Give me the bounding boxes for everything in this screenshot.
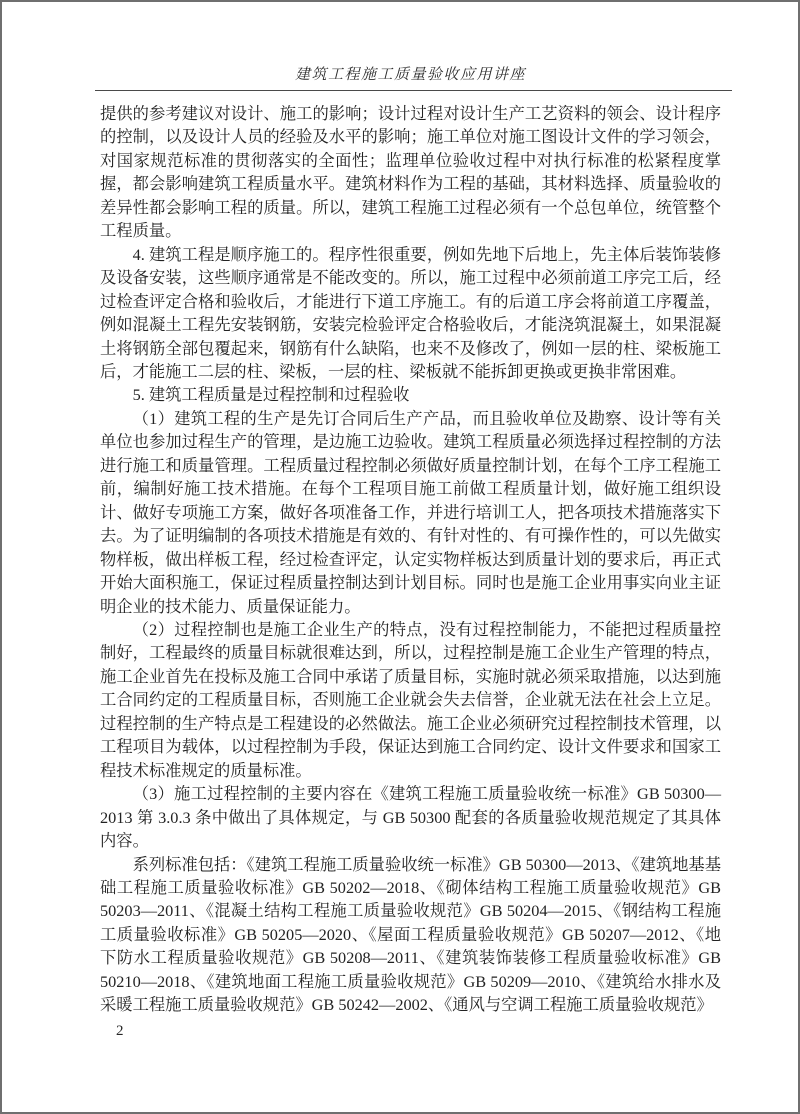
document-page: 建筑工程施工质量验收应用讲座 提供的参考建议对设计、施工的影响；设计过程对设计生… bbox=[0, 0, 800, 1114]
paragraph: 提供的参考建议对设计、施工的影响；设计过程对设计生产工艺资料的领会、设计程序的控… bbox=[100, 102, 721, 243]
page-number: 2 bbox=[116, 1023, 124, 1040]
paragraph: （3）施工过程控制的主要内容在《建筑工程施工质量验收统一标准》GB 50300—… bbox=[100, 782, 721, 852]
running-header-title: 建筑工程施工质量验收应用讲座 bbox=[100, 63, 721, 84]
paragraph: 5. 建筑工程质量是过程控制和过程验收 bbox=[100, 383, 721, 406]
paragraph: 系列标准包括：《建筑工程施工质量验收统一标准》GB 50300—2013、《建筑… bbox=[100, 853, 721, 1017]
paragraph: （2）过程控制也是施工企业生产的特点，没有过程控制能力，不能把过程质量控制好，工… bbox=[100, 618, 721, 782]
paragraph: （1）建筑工程的生产是先订合同后生产产品，而且验收单位及勘察、设计等有关单位也参… bbox=[100, 407, 721, 618]
document-body: 提供的参考建议对设计、施工的影响；设计过程对设计生产工艺资料的领会、设计程序的控… bbox=[100, 102, 721, 1017]
paragraph: 4. 建筑工程是顺序施工的。程序性很重要，例如先地下后地上，先主体后装饰装修及设… bbox=[100, 243, 721, 384]
header-divider bbox=[95, 90, 732, 91]
